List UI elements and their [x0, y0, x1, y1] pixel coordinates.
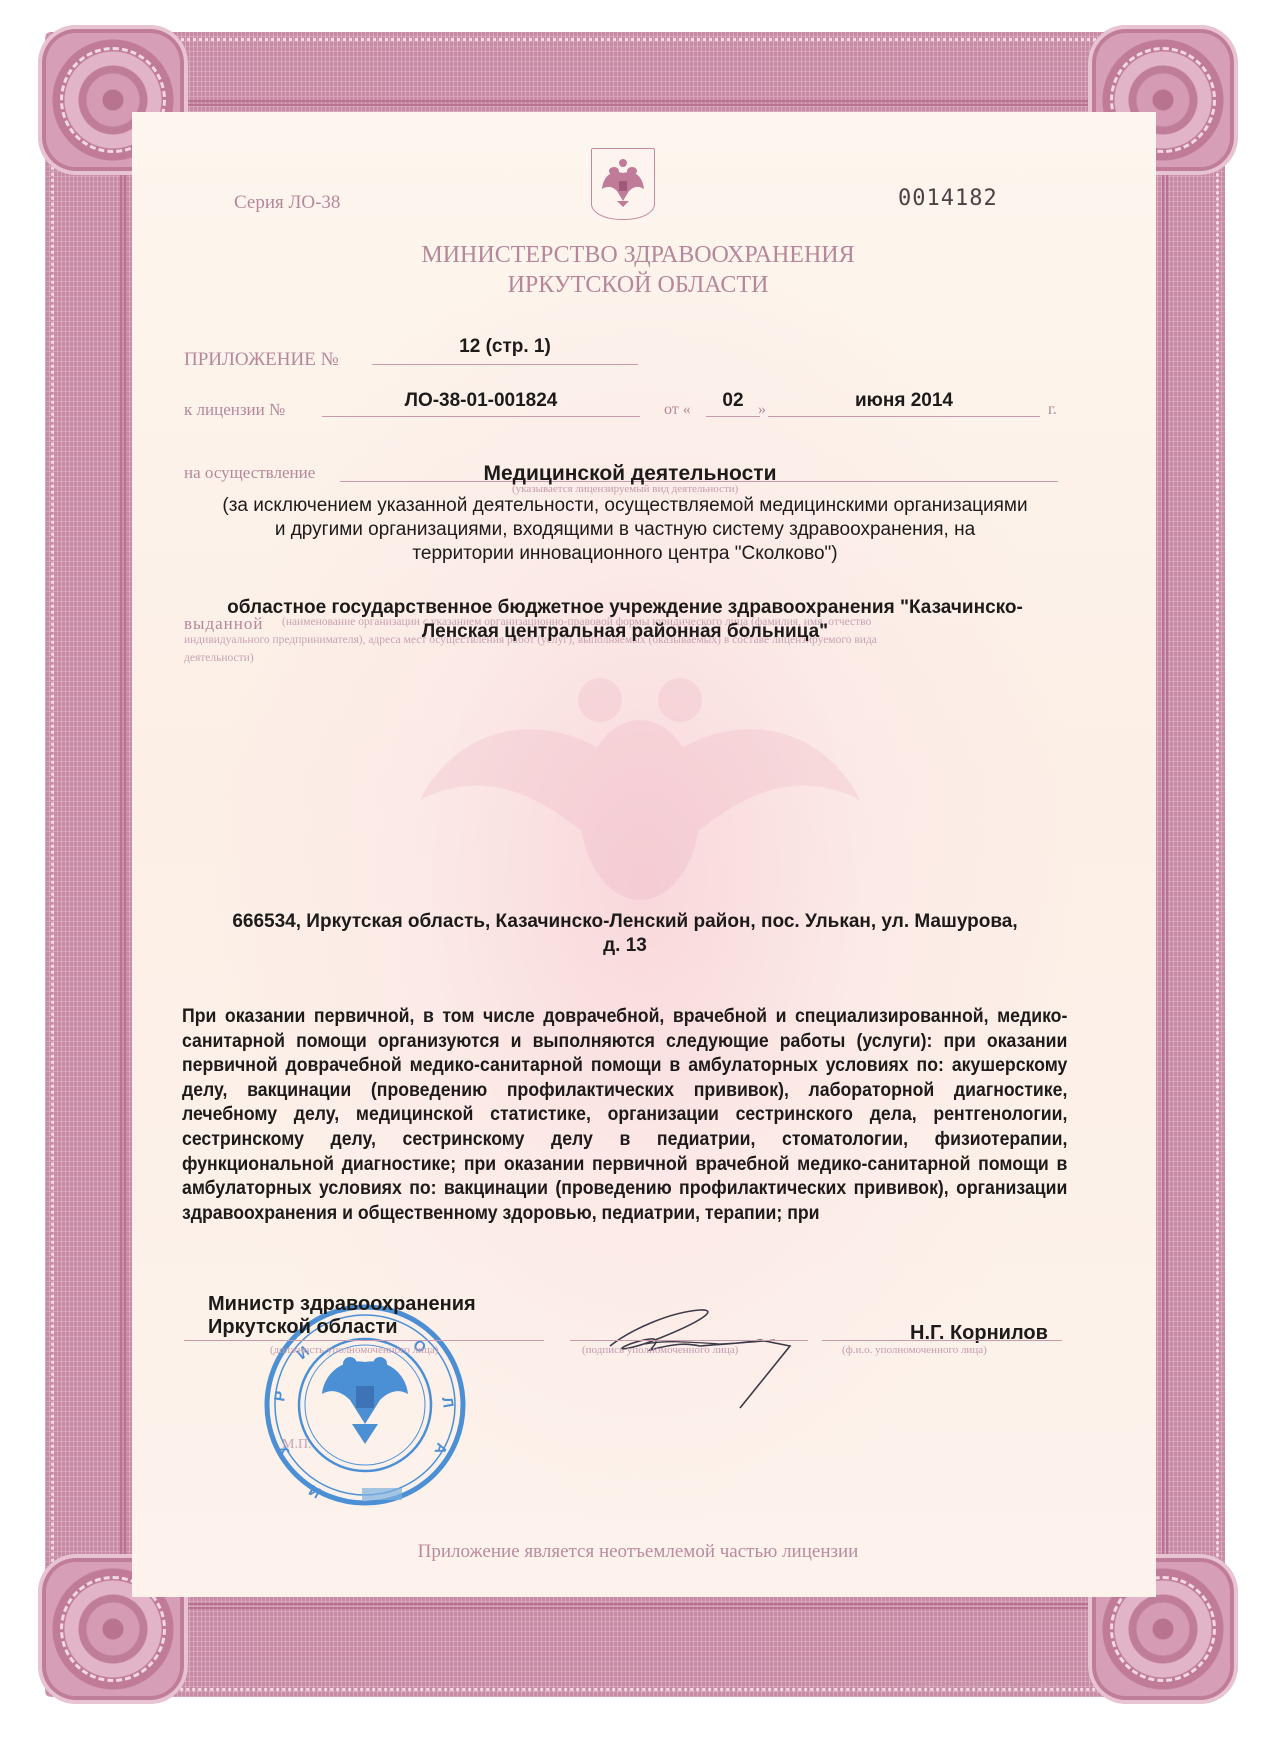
date-close-quote: » [758, 401, 766, 419]
license-label: к лицензии № [184, 400, 285, 420]
stamp-place-label: М.П. [282, 1437, 312, 1453]
organization-hint-line: деятельности) [184, 649, 1064, 667]
services-description: При оказании первичной, в том числе довр… [182, 1005, 1067, 1226]
license-month-year: июня 2014 [768, 390, 1040, 412]
address-line2: д. 13 [182, 934, 1068, 958]
appendix-label: ПРИЛОЖЕНИЕ № [184, 349, 339, 371]
day-underline [706, 416, 760, 417]
appendix-note: Приложение является неотъемлемой частью … [0, 1541, 1276, 1563]
position-underline [184, 1340, 544, 1341]
activity-label: на осуществление [184, 463, 315, 483]
license-number-underline [322, 416, 640, 417]
address-line1: 666534, Иркутская область, Казачинско-Ле… [182, 910, 1068, 934]
date-from-label: от « [664, 401, 691, 419]
organization-name-line2: Ленская центральная районная больница" [182, 620, 1068, 644]
activity-exception: (за исключением указанной деятельности, … [182, 494, 1068, 566]
appendix-underline [372, 364, 638, 365]
svg-text:Р: Р [271, 1390, 289, 1403]
ministry-title: МИНИСТЕРСТВО ЗДРАВООХРАНЕНИЯ ИРКУТСКОЙ О… [0, 240, 1276, 300]
signatory-position: Министр здравоохранения Иркутской област… [208, 1293, 476, 1339]
license-number: ЛО-38-01-001824 [322, 390, 640, 412]
organization-name: областное государственное бюджетное учре… [182, 596, 1068, 644]
name-hint: (ф.и.о. уполномоченного лица) [842, 1344, 987, 1356]
appendix-number: 12 (стр. 1) [372, 336, 638, 358]
signature-hint: (подпись уполномоченного лица) [582, 1344, 738, 1356]
coat-of-arms-emblem [591, 148, 655, 220]
serial-number: 0014182 [898, 186, 998, 211]
month-year-underline [768, 416, 1040, 417]
activity-exception-line: территории инновационного центра "Сколко… [182, 542, 1068, 566]
year-suffix: г. [1048, 401, 1057, 419]
signature-underline [570, 1340, 808, 1341]
double-headed-eagle-icon [599, 157, 647, 211]
printer-note: ООО «ВЕРЖЕ», г. КРАСНОЯРСК, 2013 г., УРО… [900, 1682, 1072, 1690]
signatory-position-line1: Министр здравоохранения [208, 1293, 476, 1316]
series-label: Серия ЛО-38 [234, 192, 340, 214]
activity-exception-line: и другими организациями, входящими в час… [182, 518, 1068, 542]
signatory-name: Н.Г. Корнилов [910, 1322, 1048, 1345]
address: 666534, Иркутская область, Казачинско-Ле… [182, 910, 1068, 958]
ministry-title-line2: ИРКУТСКОЙ ОБЛАСТИ [0, 270, 1276, 300]
svg-text:Л: Л [438, 1396, 457, 1409]
license-day: 02 [706, 390, 760, 412]
position-hint: (должность уполномоченного лица) [270, 1344, 438, 1356]
activity-exception-line: (за исключением указанной деятельности, … [182, 494, 1068, 518]
organization-name-line1: областное государственное бюджетное учре… [182, 596, 1068, 620]
ministry-title-line1: МИНИСТЕРСТВО ЗДРАВООХРАНЕНИЯ [0, 240, 1276, 270]
name-underline [822, 1340, 1062, 1341]
signatory-position-line2: Иркутской области [208, 1316, 476, 1339]
